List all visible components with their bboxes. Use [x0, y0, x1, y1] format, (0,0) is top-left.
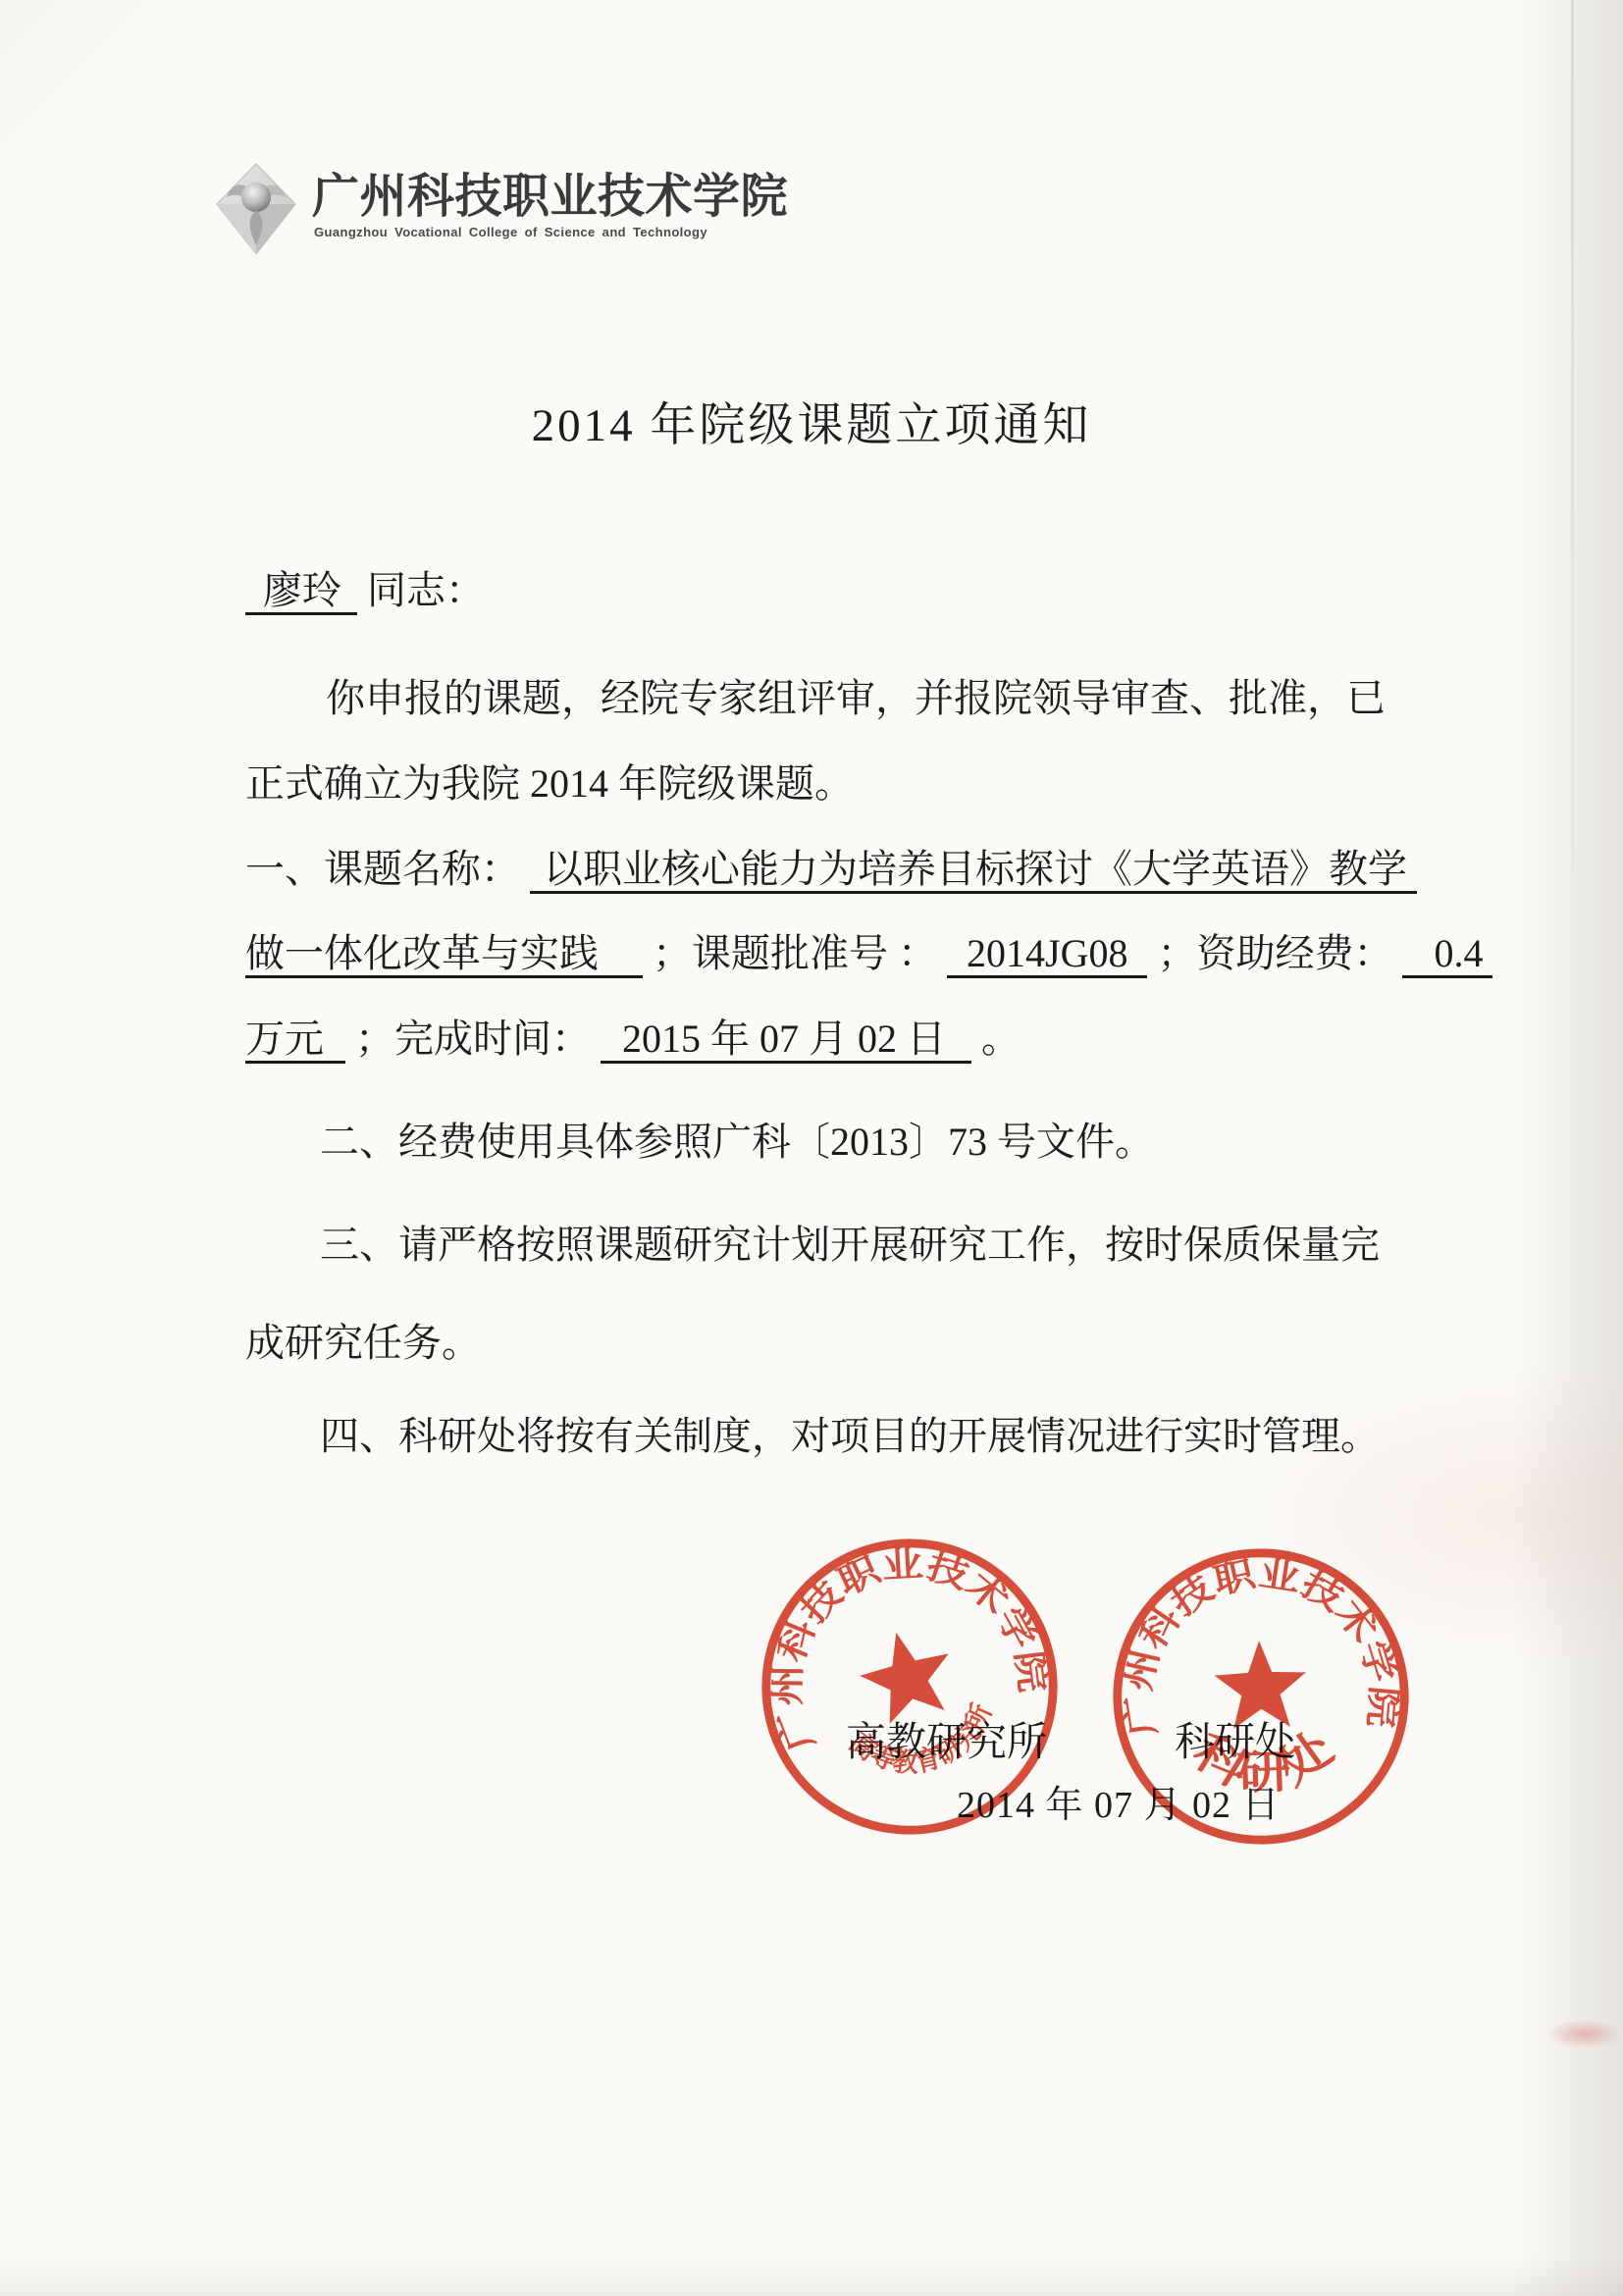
intro-line-1: 你申报的课题，经院专家组评审，并报院领导审查、批准，已	[326, 675, 1386, 722]
item2-line: 二、经费使用具体参照广科〔2013〕73 号文件。	[320, 1119, 1154, 1166]
college-logo-icon	[216, 163, 296, 255]
document-title: 2014 年院级课题立项通知	[0, 389, 1623, 454]
college-name-cn: 广州科技职业技术学院	[312, 173, 788, 222]
intro-line-2: 正式确立为我院 2014 年院级课题。	[245, 760, 854, 808]
college-letterhead: 广州科技职业技术学院 Guangzhou Vocational College …	[216, 163, 788, 255]
recipient-name: 廖玲	[245, 568, 357, 615]
item1-line-2: 做一体化改革与实践 ；课题批准号 ： 2014JG08 ；资助经费： 0.4	[245, 930, 1492, 977]
item1-line-1: 一、课题名称： 以职业核心能力为培养目标探讨《大学英语》教学	[245, 846, 1417, 893]
field-deadline-date: 2015 年 07 月 02 日	[601, 1017, 971, 1064]
college-name-block: 广州科技职业技术学院 Guangzhou Vocational College …	[312, 163, 788, 239]
paper-crease	[1571, 0, 1574, 1079]
fund-label: ；资助经费：	[1157, 931, 1392, 975]
deadline-label: ；完成时间：	[355, 1017, 591, 1061]
recipient-suffix: 同志：	[367, 568, 485, 612]
salutation-line: 廖玲 同志：	[245, 567, 485, 614]
item3-line-1: 三、请严格按照课题研究计划开展研究工作，按时保质保量完	[320, 1222, 1380, 1269]
approval-label: ；课题批准号 ：	[653, 931, 937, 975]
signature-date: 2014 年 07 月 02 日	[957, 1774, 1281, 1828]
signature-dept-right: 科研处	[1175, 1709, 1295, 1767]
deadline-period: 。	[981, 1017, 1021, 1061]
item1-label: 一、课题名称：	[245, 847, 520, 891]
field-fund-unit: 万元	[245, 1017, 345, 1064]
item1-line-3: 万元 ；完成时间： 2015 年 07 月 02 日 。	[245, 1016, 1021, 1063]
field-topic-part2: 做一体化改革与实践	[245, 931, 643, 978]
item4-line: 四、科研处将按有关制度，对项目的开展情况进行实时管理。	[320, 1413, 1380, 1460]
college-name-en: Guangzhou Vocational College of Science …	[314, 225, 788, 239]
field-fund-amount: 0.4	[1402, 931, 1492, 978]
item3-line-2: 成研究任务。	[245, 1320, 481, 1367]
field-approval-no: 2014JG08	[947, 931, 1147, 978]
field-topic-part1: 以职业核心能力为培养目标探讨《大学英语》教学	[530, 847, 1417, 894]
scanned-document-page: 广州科技职业技术学院 Guangzhou Vocational College …	[0, 0, 1623, 2296]
signature-dept-left: 高教研究所	[846, 1709, 1047, 1767]
ink-smudge	[1546, 2019, 1623, 2049]
